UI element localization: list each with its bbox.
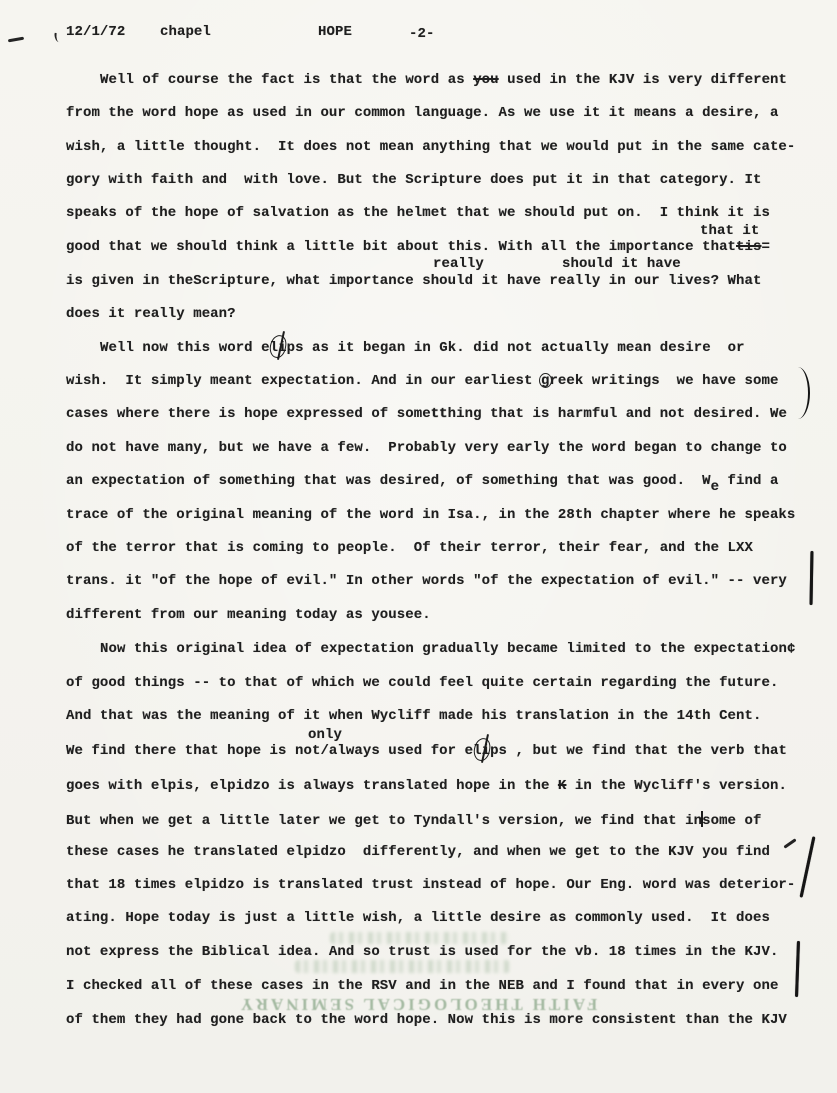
- text-line: Now this original idea of expectation gr…: [100, 641, 795, 657]
- text-line: wish, a little thought. It does not mean…: [66, 139, 795, 155]
- text-line: good that we should think a little bit a…: [66, 239, 770, 255]
- text-segment-drop: e: [711, 479, 719, 495]
- text-segment: Now this original idea of expectation gr…: [100, 641, 795, 657]
- pen-mark-vstroke: [795, 941, 800, 997]
- text-segment-ring: g: [541, 373, 549, 389]
- pen-mark-dash: [8, 37, 24, 43]
- text-segment: find a: [719, 473, 778, 489]
- text-segment-penloop: elips: [261, 340, 303, 356]
- text-segment: of good things -- to that of which we co…: [66, 675, 778, 691]
- text-line: I checked all of these cases in the RSV …: [66, 978, 778, 994]
- text-line: these cases he translated elpidzo differ…: [66, 844, 770, 860]
- text-line: of them they had gone back to the word h…: [66, 1012, 787, 1028]
- page-title: HOPE: [318, 24, 352, 40]
- text-line: from the word hope as used in our common…: [66, 105, 778, 121]
- text-segment: an expectation of something that was des…: [66, 473, 711, 489]
- text-segment: good that we should think a little bit a…: [66, 239, 736, 255]
- text-line: does it really mean?: [66, 306, 236, 322]
- text-segment: not express the Biblical idea. And so tr…: [66, 944, 778, 960]
- text-segment: , but we find that the verb that: [507, 743, 787, 759]
- text-segment: wish. It simply meant expectation. And i…: [66, 373, 541, 389]
- text-segment: But when we get a little later we get to…: [66, 813, 702, 829]
- header-location: chapel: [160, 24, 211, 40]
- pen-mark-paren: [795, 367, 810, 419]
- text-segment: that 18 times elpidzo is translated trus…: [66, 877, 795, 893]
- text-segment: from the word hope as used in our common…: [66, 105, 778, 121]
- text-line: Well now this word elips as it began in …: [100, 340, 745, 356]
- text-line: cases where there is hope expressed of s…: [66, 406, 787, 422]
- header-date: 12/1/72: [66, 24, 125, 40]
- text-segment: of the terror that is coming to people. …: [66, 540, 753, 556]
- text-segment: different from our meaning today as yous…: [66, 607, 431, 623]
- text-segment: reek writings we have some: [549, 373, 778, 389]
- text-segment-strike: you: [473, 72, 498, 88]
- text-line: And that was the meaning of it when Wycl…: [66, 708, 761, 724]
- text-segment-penloop: elips: [465, 743, 507, 759]
- text-line: different from our meaning today as yous…: [66, 607, 431, 623]
- text-segment: cases where there is hope expressed of s…: [66, 406, 431, 422]
- text-line: trace of the original meaning of the wor…: [66, 507, 795, 523]
- text-line: is given in theScripture, what importanc…: [66, 273, 761, 289]
- text-line: trans. it "of the hope of evil." In othe…: [66, 573, 787, 589]
- text-segment: =: [761, 239, 769, 255]
- text-segment: some of: [702, 813, 761, 829]
- text-line: not express the Biblical idea. And so tr…: [66, 944, 778, 960]
- pen-mark-flick: [783, 838, 796, 848]
- text-segment: does it really mean?: [66, 306, 236, 322]
- text-line: ating. Hope today is just a little wish,…: [66, 910, 770, 926]
- text-line: We find there that hope is not/always us…: [66, 743, 787, 759]
- text-segment: And that was the meaning of it when Wycl…: [66, 708, 761, 724]
- pen-mark-comma: [53, 33, 60, 43]
- text-line: wish. It simply meant expectation. And i…: [66, 373, 778, 389]
- text-segment: Well now this word: [100, 340, 261, 356]
- text-line: goes with elpis, elpidzo is always trans…: [66, 778, 787, 794]
- typescript-page: 12/1/72 chapel HOPE -2- Well of course t…: [0, 0, 837, 1093]
- pen-mark-vstroke: [810, 551, 814, 605]
- text-segment: used in the KJV is very different: [499, 72, 787, 88]
- text-segment: do not have many, but we have a few. Pro…: [66, 440, 787, 456]
- text-segment: in the Wycliff's version.: [566, 778, 787, 794]
- library-stamp: FAITH THEOLOGICAL SEMINARY: [238, 994, 597, 1014]
- stamp-bleed-line: [295, 960, 510, 973]
- text-segment: trans. it "of the hope of evil." In othe…: [66, 573, 787, 589]
- interlinear-insertion: that it: [700, 223, 759, 239]
- text-line: of the terror that is coming to people. …: [66, 540, 753, 556]
- text-line: of good things -- to that of which we co…: [66, 675, 778, 691]
- text-segment-strike: tis: [736, 239, 761, 255]
- text-segment: of them they had gone back to the word h…: [66, 1012, 787, 1028]
- text-line: Well of course the fact is that the word…: [100, 72, 787, 88]
- interlinear-insertion: should it have: [562, 256, 681, 272]
- text-line: do not have many, but we have a few. Pro…: [66, 440, 787, 456]
- pen-mark-vstroke: [800, 836, 816, 897]
- text-segment: ating. Hope today is just a little wish,…: [66, 910, 770, 926]
- text-segment: trace of the original meaning of the wor…: [66, 507, 795, 523]
- text-line: that 18 times elpidzo is translated trus…: [66, 877, 795, 893]
- text-segment: speaks of the hope of salvation as the h…: [66, 205, 770, 221]
- text-line: an expectation of something that was des…: [66, 473, 778, 489]
- text-line: gory with faith and with love. But the S…: [66, 172, 761, 188]
- text-segment: Well of course the fact is that the word…: [100, 72, 473, 88]
- text-segment: gory with faith and with love. But the S…: [66, 172, 761, 188]
- interlinear-insertion: really: [433, 256, 484, 272]
- stamp-bleed-line: [330, 932, 510, 944]
- text-segment: I checked all of these cases in the RSV …: [66, 978, 778, 994]
- text-segment: We find there that hope is not/always us…: [66, 743, 465, 759]
- page-number: -2-: [409, 26, 434, 42]
- text-segment: as it began in Gk. did not actually mean…: [304, 340, 745, 356]
- text-segment: hing that is harmful and not desired. We: [448, 406, 787, 422]
- text-line: But when we get a little later we get to…: [66, 811, 761, 829]
- text-segment: these cases he translated elpidzo differ…: [66, 844, 770, 860]
- text-segment: goes with elpis, elpidzo is always trans…: [66, 778, 558, 794]
- text-segment: wish, a little thought. It does not mean…: [66, 139, 795, 155]
- text-segment-bold: tt: [431, 406, 448, 422]
- text-segment: is given in theScripture, what importanc…: [66, 273, 761, 289]
- text-line: speaks of the hope of salvation as the h…: [66, 205, 770, 221]
- interlinear-insertion: only: [308, 727, 342, 743]
